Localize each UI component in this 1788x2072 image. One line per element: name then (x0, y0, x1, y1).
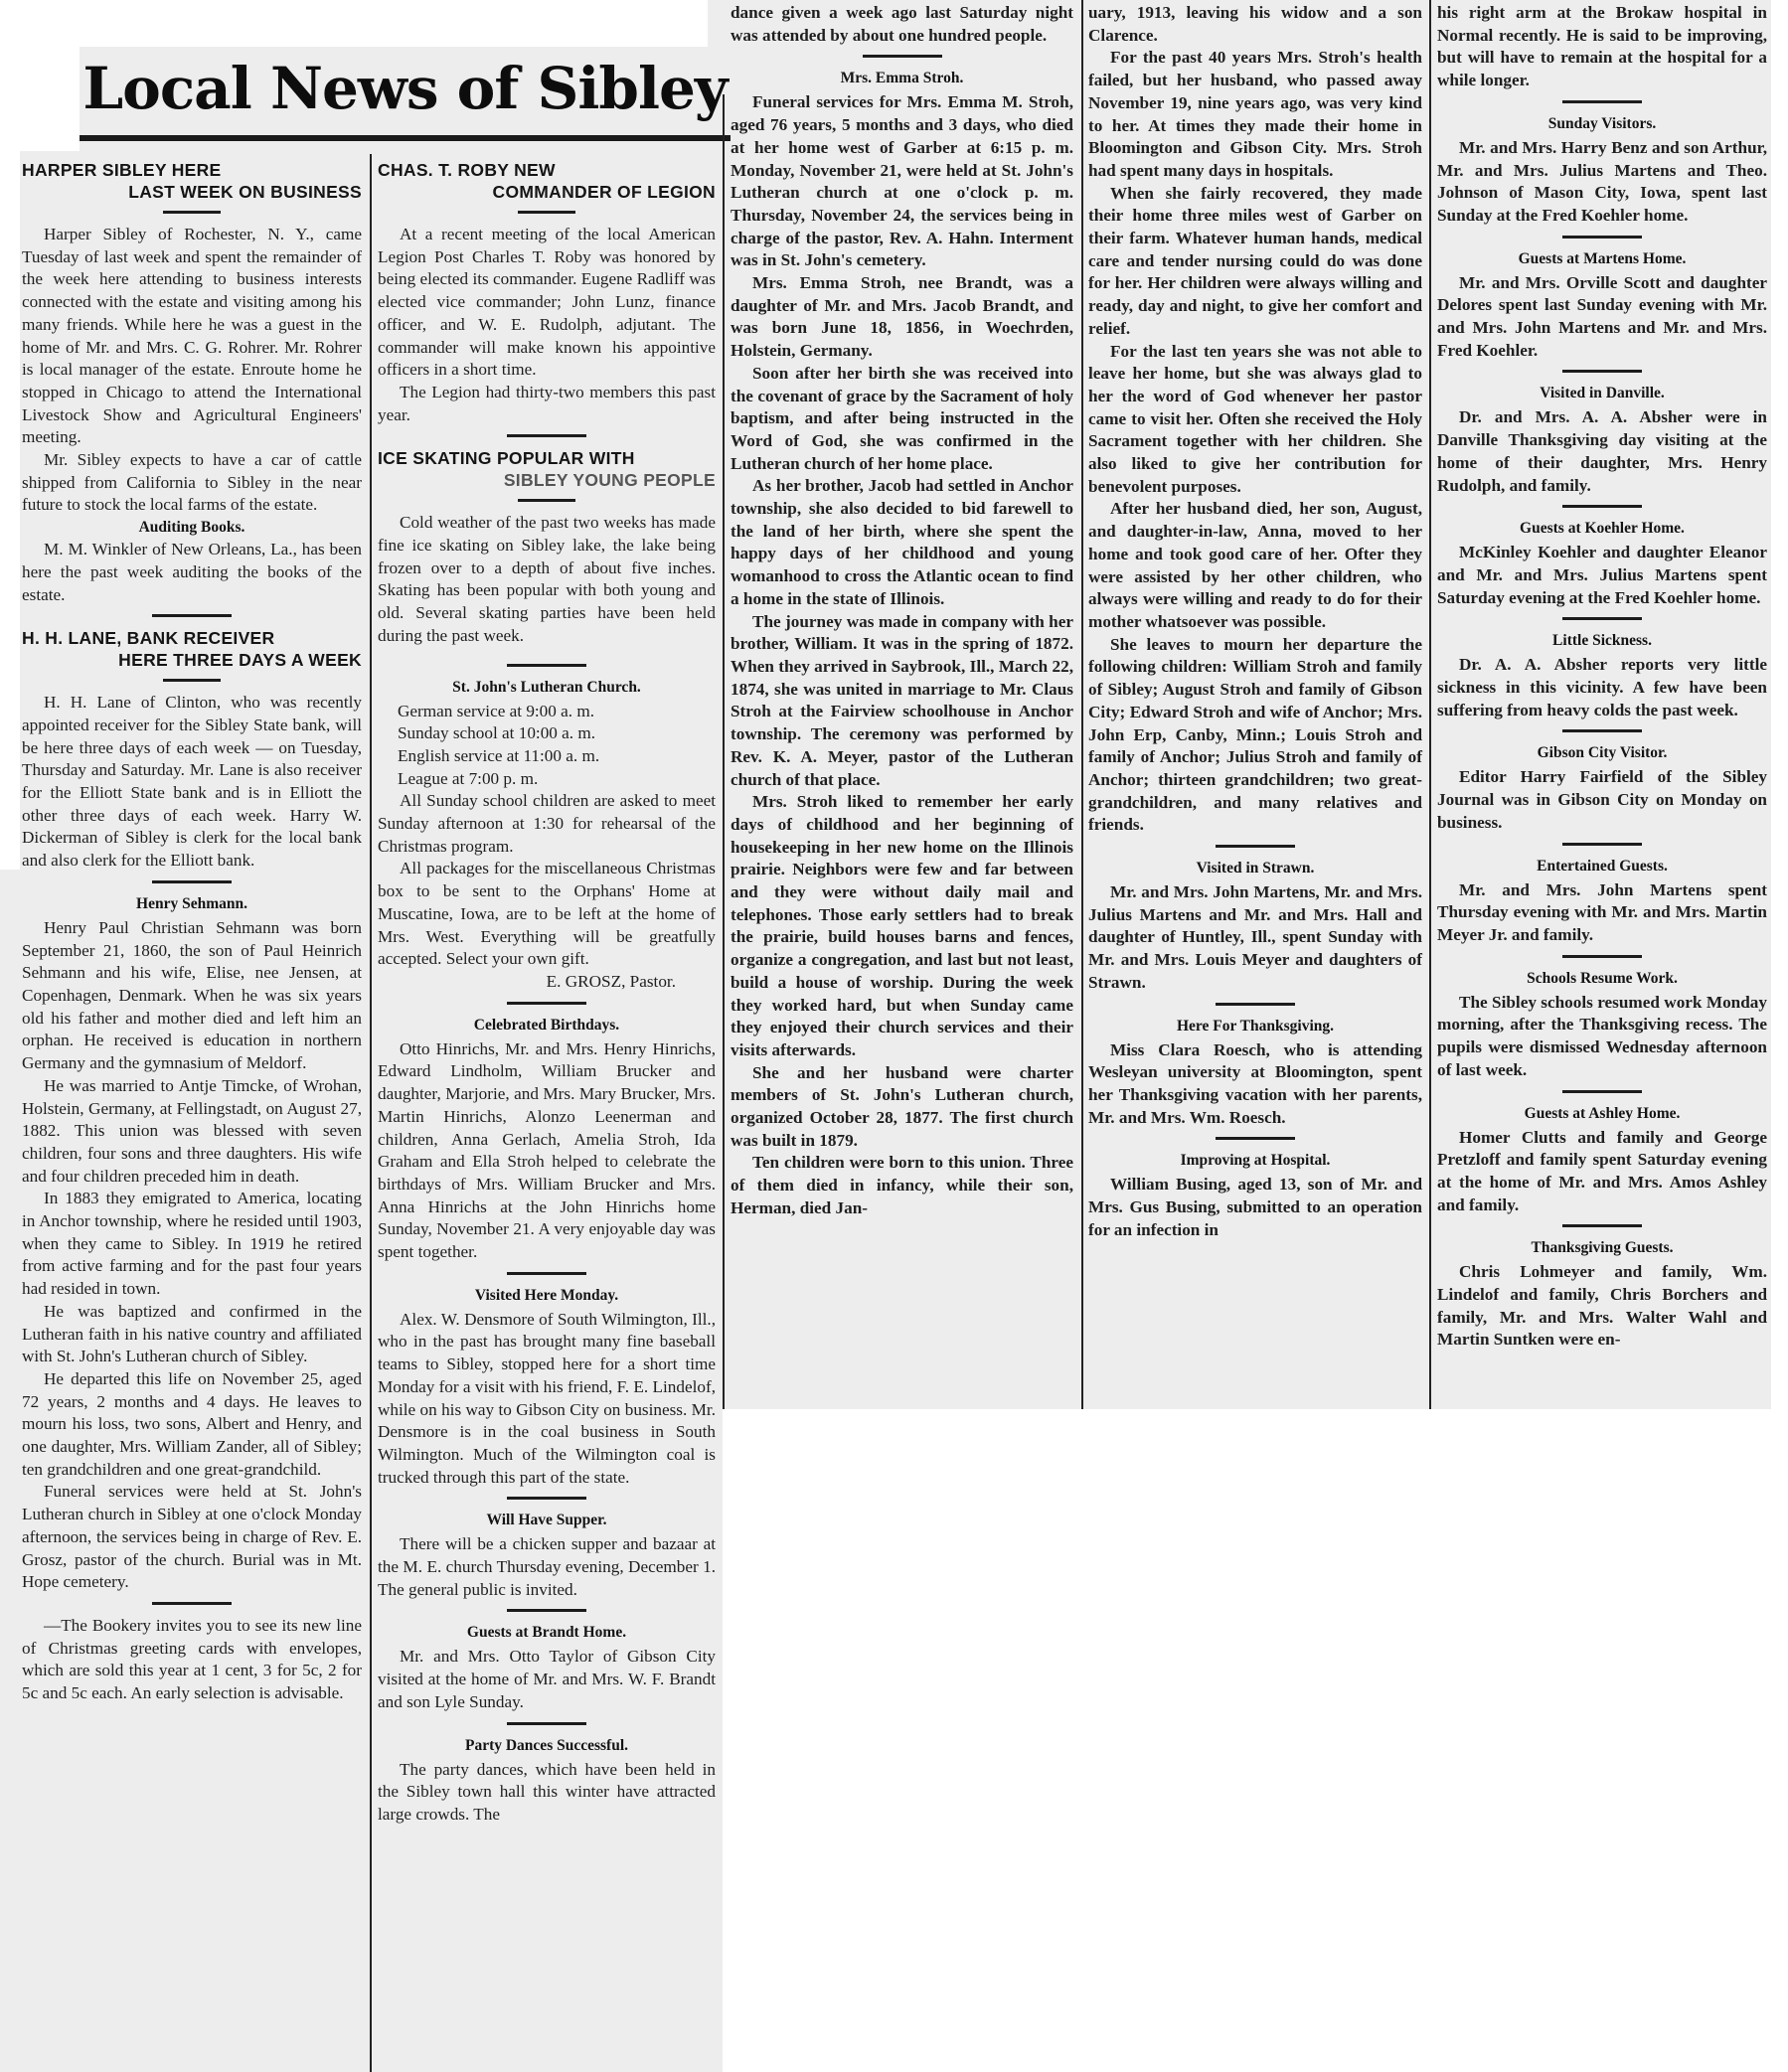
headline-line: HARPER SIBLEY HERE (22, 159, 362, 181)
masthead-rule (80, 135, 731, 141)
divider (1562, 100, 1642, 103)
article-paragraph: Mr. and Mrs. Harry Benz and son Arthur, … (1437, 137, 1767, 228)
article-paragraph: He was married to Antje Timcke, of Wroha… (22, 1075, 362, 1189)
article-paragraph: Mr. and Mrs. Otto Taylor of Gibson City … (378, 1646, 716, 1713)
divider (152, 1602, 232, 1605)
column-1: HARPER SIBLEY HERE LAST WEEK ON BUSINESS… (22, 159, 362, 1705)
article-paragraph: He departed this life on November 25, ag… (22, 1368, 362, 1482)
article-paragraph: Mr. and Mrs. John Martens, Mr. and Mrs. … (1088, 881, 1422, 995)
article-paragraph: For the past 40 years Mrs. Stroh's healt… (1088, 47, 1422, 182)
article-paragraph: Soon after her birth she was received in… (731, 363, 1073, 476)
article-paragraph: She leaves to mourn her departure the fo… (1088, 634, 1422, 837)
divider (1562, 843, 1642, 846)
article-paragraph: Henry Paul Christian Sehmann was born Se… (22, 917, 362, 1075)
divider (1216, 1003, 1295, 1006)
masthead: Local News of Sibley (80, 47, 731, 151)
article-paragraph: Ten children were born to this union. Th… (731, 1152, 1073, 1219)
article-paragraph: Funeral services for Mrs. Emma M. Stroh,… (731, 91, 1073, 272)
article-paragraph: Mr. Sibley expects to have a car of catt… (22, 449, 362, 517)
headline-ice-skating: ICE SKATING POPULAR WITH SIBLEY YOUNG PE… (378, 447, 716, 491)
article-paragraph: For the last ten years she was not able … (1088, 341, 1422, 499)
subhead-guests-ashley-home: Guests at Ashley Home. (1437, 1103, 1767, 1125)
divider (507, 1497, 586, 1500)
article-paragraph: The party dances, which have been held i… (378, 1759, 716, 1827)
divider (507, 1272, 586, 1275)
column-3: dance given a week ago last Saturday nig… (731, 2, 1073, 1220)
headline-line: ICE SKATING POPULAR WITH (378, 447, 716, 469)
subhead-emma-stroh: Mrs. Emma Stroh. (731, 68, 1073, 89)
article-paragraph: The Legion had thirty-two members this p… (378, 382, 716, 426)
article-paragraph: The Sibley schools resumed work Monday m… (1437, 992, 1767, 1082)
article-paragraph: Otto Hinrichs, Mr. and Mrs. Henry Hinric… (378, 1038, 716, 1264)
bookery-notice: —The Bookery invites you to see its new … (22, 1615, 362, 1705)
divider (518, 211, 575, 214)
masthead-title: Local News of Sibley (80, 55, 731, 122)
service-time: League at 7:00 p. m. (378, 768, 716, 791)
article-paragraph: Alex. W. Densmore of South Wilmington, I… (378, 1309, 716, 1490)
subhead-guests-martens-home: Guests at Martens Home. (1437, 248, 1767, 270)
article-paragraph: Mrs. Emma Stroh, nee Brandt, was a daugh… (731, 272, 1073, 363)
headline-line: SIBLEY YOUNG PEOPLE (378, 469, 716, 491)
divider (1562, 505, 1642, 508)
subhead-gibson-city-visitor: Gibson City Visitor. (1437, 742, 1767, 764)
divider (1562, 236, 1642, 239)
subhead-st-johns-church: St. John's Lutheran Church. (378, 677, 716, 699)
divider (518, 499, 575, 502)
divider (1562, 1090, 1642, 1093)
article-paragraph: H. H. Lane of Clinton, who was recently … (22, 692, 362, 873)
article-paragraph: In 1883 they emigrated to America, locat… (22, 1188, 362, 1301)
divider (163, 211, 221, 214)
subhead-celebrated-birthdays: Celebrated Birthdays. (378, 1015, 716, 1036)
service-time: Sunday school at 10:00 a. m. (378, 722, 716, 745)
continued-paragraph: his right arm at the Brokaw hospital in … (1437, 2, 1767, 92)
article-paragraph: Editor Harry Fairfield of the Sibley Jou… (1437, 766, 1767, 834)
divider (507, 664, 586, 667)
article-paragraph: Harper Sibley of Rochester, N. Y., came … (22, 224, 362, 449)
column-2: CHAS. T. ROBY NEW COMMANDER OF LEGION At… (378, 159, 716, 1827)
divider (1562, 370, 1642, 373)
article-paragraph: Mrs. Stroh liked to remember her early d… (731, 791, 1073, 1061)
divider (1562, 955, 1642, 958)
subhead-guests-brandt-home: Guests at Brandt Home. (378, 1622, 716, 1644)
subhead-entertained-guests: Entertained Guests. (1437, 856, 1767, 877)
article-paragraph: He was baptized and confirmed in the Lut… (22, 1301, 362, 1368)
continued-paragraph: dance given a week ago last Saturday nig… (731, 2, 1073, 47)
subhead-visited-here-monday: Visited Here Monday. (378, 1285, 716, 1307)
divider (1562, 617, 1642, 620)
headline-line: HERE THREE DAYS A WEEK (22, 649, 362, 671)
subhead-party-dances: Party Dances Successful. (378, 1735, 716, 1757)
divider (152, 880, 232, 883)
article-paragraph: Mr. and Mrs. John Martens spent Thursday… (1437, 879, 1767, 947)
service-time: English service at 11:00 a. m. (378, 745, 716, 768)
article-paragraph: Miss Clara Roesch, who is attending Wesl… (1088, 1039, 1422, 1130)
column-divider (1429, 0, 1431, 1409)
subhead-henry-sehmann: Henry Sehmann. (22, 893, 362, 915)
headline-line: LAST WEEK ON BUSINESS (22, 181, 362, 203)
subhead-improving-hospital: Improving at Hospital. (1088, 1150, 1422, 1172)
continued-paragraph: uary, 1913, leaving his widow and a son … (1088, 2, 1422, 47)
service-time: German service at 9:00 a. m. (378, 701, 716, 723)
headline-line: CHAS. T. ROBY NEW (378, 159, 716, 181)
divider (863, 55, 942, 58)
headline-line: H. H. LANE, BANK RECEIVER (22, 627, 362, 649)
divider (507, 434, 586, 437)
article-paragraph: Dr. and Mrs. A. A. Absher were in Danvil… (1437, 406, 1767, 497)
headline-roby-commander: CHAS. T. ROBY NEW COMMANDER OF LEGION (378, 159, 716, 203)
subhead-visited-danville: Visited in Danville. (1437, 383, 1767, 404)
pastor-signature: E. GROSZ, Pastor. (378, 971, 716, 994)
divider (1216, 1137, 1295, 1140)
subhead-schools-resume: Schools Resume Work. (1437, 968, 1767, 990)
article-paragraph: Mr. and Mrs. Orville Scott and daughter … (1437, 272, 1767, 363)
article-paragraph: M. M. Winkler of New Orleans, La., has b… (22, 539, 362, 606)
subhead-guests-koehler-home: Guests at Koehler Home. (1437, 518, 1767, 540)
headline-line: COMMANDER OF LEGION (378, 181, 716, 203)
headline-harper-sibley: HARPER SIBLEY HERE LAST WEEK ON BUSINESS (22, 159, 362, 203)
subhead-thanksgiving-guests: Thanksgiving Guests. (1437, 1237, 1767, 1259)
article-paragraph: Dr. A. A. Absher reports very little sic… (1437, 654, 1767, 721)
subhead-auditing-books: Auditing Books. (22, 517, 362, 539)
article-paragraph: As her brother, Jacob had settled in Anc… (731, 475, 1073, 610)
headline-hh-lane: H. H. LANE, BANK RECEIVER HERE THREE DAY… (22, 627, 362, 671)
subhead-here-for-thanksgiving: Here For Thanksgiving. (1088, 1016, 1422, 1037)
article-paragraph: There will be a chicken supper and bazaa… (378, 1533, 716, 1601)
article-paragraph: When she fairly recovered, they made the… (1088, 183, 1422, 341)
divider (1562, 1224, 1642, 1227)
article-paragraph: After her husband died, her son, August,… (1088, 498, 1422, 633)
article-paragraph: Homer Clutts and family and George Pretz… (1437, 1127, 1767, 1217)
article-paragraph: McKinley Koehler and daughter Eleanor an… (1437, 542, 1767, 609)
article-paragraph: Cold weather of the past two weeks has m… (378, 512, 716, 647)
article-paragraph: She and her husband were charter members… (731, 1062, 1073, 1153)
divider (507, 1609, 586, 1612)
subhead-visited-strawn: Visited in Strawn. (1088, 858, 1422, 879)
column-5: his right arm at the Brokaw hospital in … (1437, 2, 1767, 1352)
column-divider (1081, 0, 1083, 1409)
article-paragraph: The journey was made in company with her… (731, 611, 1073, 792)
divider (152, 614, 232, 617)
divider (1216, 845, 1295, 848)
column-divider (723, 94, 725, 1409)
article-paragraph: Funeral services were held at St. John's… (22, 1481, 362, 1594)
divider (507, 1002, 586, 1005)
divider (507, 1722, 586, 1725)
article-paragraph: All Sunday school children are asked to … (378, 790, 716, 858)
article-paragraph: William Busing, aged 13, son of Mr. and … (1088, 1174, 1422, 1241)
article-paragraph: Chris Lohmeyer and family, Wm. Lindelof … (1437, 1261, 1767, 1352)
column-4: uary, 1913, leaving his widow and a son … (1088, 2, 1422, 1241)
column-divider (370, 154, 372, 2072)
subhead-will-have-supper: Will Have Supper. (378, 1510, 716, 1531)
subhead-sunday-visitors: Sunday Visitors. (1437, 113, 1767, 135)
subhead-little-sickness: Little Sickness. (1437, 630, 1767, 652)
divider (163, 679, 221, 682)
article-paragraph: All packages for the miscellaneous Chris… (378, 858, 716, 971)
article-paragraph: At a recent meeting of the local America… (378, 224, 716, 382)
divider (1562, 729, 1642, 732)
